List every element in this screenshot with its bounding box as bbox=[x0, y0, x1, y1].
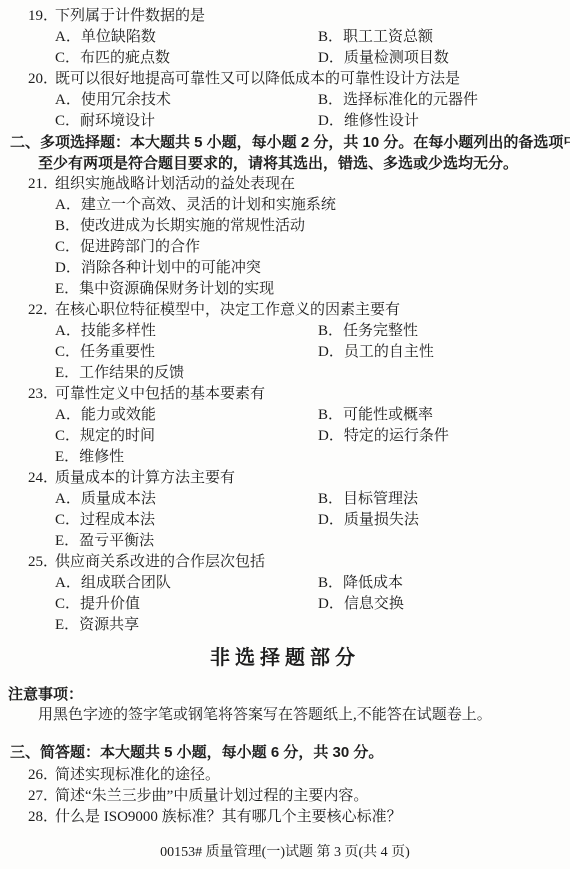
question-19-options-row-2: C．布匹的疵点数 D．质量检测项目数 bbox=[0, 48, 570, 69]
question-22-options-row-2: C．任务重要性 D．员工的自主性 bbox=[0, 342, 570, 363]
question-25-option-b: B．降低成本 bbox=[318, 573, 570, 594]
question-23-option-d: D．特定的运行条件 bbox=[318, 426, 570, 447]
question-22-option-b: B．任务完整性 bbox=[318, 321, 570, 342]
question-22-option-d: D．员工的自主性 bbox=[318, 342, 570, 363]
question-22-option-c: C．任务重要性 bbox=[55, 342, 318, 363]
question-23-option-c: C．规定的时间 bbox=[55, 426, 318, 447]
question-21-option-e: E．集中资源确保财务计划的实现 bbox=[0, 279, 570, 300]
question-21-stem: 组织实施战略计划活动的益处表现在 bbox=[55, 176, 295, 192]
page-footer: 00153# 质量管理(一)试题 第 3 页(共 4 页) bbox=[0, 842, 570, 863]
question-23-number: 23． bbox=[28, 384, 55, 405]
question-24-number: 24． bbox=[28, 468, 55, 489]
section-2-heading-line-1: 二、多项选择题：本大题共 5 小题，每小题 2 分，共 10 分。在每小题列出的… bbox=[0, 132, 570, 153]
question-19-option-b: B．职工工资总额 bbox=[318, 27, 570, 48]
question-23-option-b: B．可能性或概率 bbox=[318, 405, 570, 426]
section-3-heading: 三、简答题：本大题共 5 小题，每小题 6 分，共 30 分。 bbox=[0, 742, 570, 763]
question-24: 24．质量成本的计算方法主要有 bbox=[0, 468, 570, 489]
section-2-heading-line-2: 至少有两项是符合题目要求的，请将其选出，错选、多选或少选均无分。 bbox=[0, 153, 570, 174]
question-21-number: 21． bbox=[28, 174, 55, 195]
question-19-option-d: D．质量检测项目数 bbox=[318, 48, 570, 69]
question-20-options-row-1: A．使用冗余技术 B．选择标准化的元器件 bbox=[0, 90, 570, 111]
question-23-options-row-1: A．能力或效能 B．可能性或概率 bbox=[0, 405, 570, 426]
question-26-stem: 简述实现标准化的途径。 bbox=[55, 767, 220, 783]
exam-page: 19．下列属于计件数据的是 A．单位缺陷数 B．职工工资总额 C．布匹的疵点数 … bbox=[0, 0, 570, 869]
question-20-option-d: D．维修性设计 bbox=[318, 111, 570, 132]
question-20-option-a: A．使用冗余技术 bbox=[55, 90, 318, 111]
question-22-option-e: E．工作结果的反馈 bbox=[0, 363, 570, 384]
question-21-option-a: A．建立一个高效、灵活的计划和实施系统 bbox=[0, 195, 570, 216]
question-25-option-a: A．组成联合团队 bbox=[55, 573, 318, 594]
question-26-number: 26． bbox=[28, 765, 55, 786]
question-24-options-row-1: A．质量成本法 B．目标管理法 bbox=[0, 489, 570, 510]
question-21-option-b: B．使改进成为长期实施的常规性活动 bbox=[0, 216, 570, 237]
question-24-options-row-2: C．过程成本法 D．质量损失法 bbox=[0, 510, 570, 531]
notice-body: 用黑色字迹的签字笔或钢笔将答案写在答题纸上,不能答在试题卷上。 bbox=[0, 705, 570, 726]
question-20-option-b: B．选择标准化的元器件 bbox=[318, 90, 570, 111]
question-27-number: 27． bbox=[28, 786, 55, 807]
question-25-option-c: C．提升价值 bbox=[55, 594, 318, 615]
question-25-stem: 供应商关系改进的合作层次包括 bbox=[55, 554, 265, 570]
question-20-stem: 既可以很好地提高可靠性又可以降低成本的可靠性设计方法是 bbox=[55, 71, 460, 87]
question-22-option-a: A．技能多样性 bbox=[55, 321, 318, 342]
question-19-options-row-1: A．单位缺陷数 B．职工工资总额 bbox=[0, 27, 570, 48]
question-20-options-row-2: C．耐环境设计 D．维修性设计 bbox=[0, 111, 570, 132]
question-21: 21．组织实施战略计划活动的益处表现在 bbox=[0, 174, 570, 195]
question-21-option-d: D．消除各种计划中的可能冲突 bbox=[0, 258, 570, 279]
question-19-stem: 下列属于计件数据的是 bbox=[55, 8, 205, 24]
question-28-stem: 什么是 ISO9000 族标准？其有哪几个主要核心标准？ bbox=[55, 809, 402, 825]
question-19-option-c: C．布匹的疵点数 bbox=[55, 48, 318, 69]
question-24-option-d: D．质量损失法 bbox=[318, 510, 570, 531]
question-24-stem: 质量成本的计算方法主要有 bbox=[55, 470, 235, 486]
question-19: 19．下列属于计件数据的是 bbox=[0, 6, 570, 27]
question-24-option-c: C．过程成本法 bbox=[55, 510, 318, 531]
question-27-stem: 简述“朱兰三步曲”中质量计划过程的主要内容。 bbox=[55, 788, 368, 804]
question-27: 27．简述“朱兰三步曲”中质量计划过程的主要内容。 bbox=[0, 786, 570, 807]
question-26: 26．简述实现标准化的途径。 bbox=[0, 765, 570, 786]
question-20-option-c: C．耐环境设计 bbox=[55, 111, 318, 132]
notice-title: 注意事项： bbox=[0, 684, 570, 705]
question-25: 25．供应商关系改进的合作层次包括 bbox=[0, 552, 570, 573]
question-25-options-row-1: A．组成联合团队 B．降低成本 bbox=[0, 573, 570, 594]
question-28: 28．什么是 ISO9000 族标准？其有哪几个主要核心标准？ bbox=[0, 807, 570, 828]
question-22-stem: 在核心职位特征模型中，决定工作意义的因素主要有 bbox=[55, 302, 400, 318]
question-22: 22．在核心职位特征模型中，决定工作意义的因素主要有 bbox=[0, 300, 570, 321]
question-28-number: 28． bbox=[28, 807, 55, 828]
question-25-options-row-2: C．提升价值 D．信息交换 bbox=[0, 594, 570, 615]
question-23: 23．可靠性定义中包括的基本要素有 bbox=[0, 384, 570, 405]
question-19-option-a: A．单位缺陷数 bbox=[55, 27, 318, 48]
question-25-option-d: D．信息交换 bbox=[318, 594, 570, 615]
question-20-number: 20． bbox=[28, 69, 55, 90]
question-21-option-c: C．促进跨部门的合作 bbox=[0, 237, 570, 258]
question-23-option-a: A．能力或效能 bbox=[55, 405, 318, 426]
question-19-number: 19． bbox=[28, 6, 55, 27]
question-22-number: 22． bbox=[28, 300, 55, 321]
question-23-options-row-2: C．规定的时间 D．特定的运行条件 bbox=[0, 426, 570, 447]
nonselective-section-heading: 非选择题部分 bbox=[0, 644, 570, 672]
question-25-option-e: E．资源共享 bbox=[0, 615, 570, 636]
question-24-option-a: A．质量成本法 bbox=[55, 489, 318, 510]
question-22-options-row-1: A．技能多样性 B．任务完整性 bbox=[0, 321, 570, 342]
question-23-option-e: E．维修性 bbox=[0, 447, 570, 468]
question-20: 20．既可以很好地提高可靠性又可以降低成本的可靠性设计方法是 bbox=[0, 69, 570, 90]
question-25-number: 25． bbox=[28, 552, 55, 573]
question-24-option-b: B．目标管理法 bbox=[318, 489, 570, 510]
question-24-option-e: E．盈亏平衡法 bbox=[0, 531, 570, 552]
question-23-stem: 可靠性定义中包括的基本要素有 bbox=[55, 386, 265, 402]
